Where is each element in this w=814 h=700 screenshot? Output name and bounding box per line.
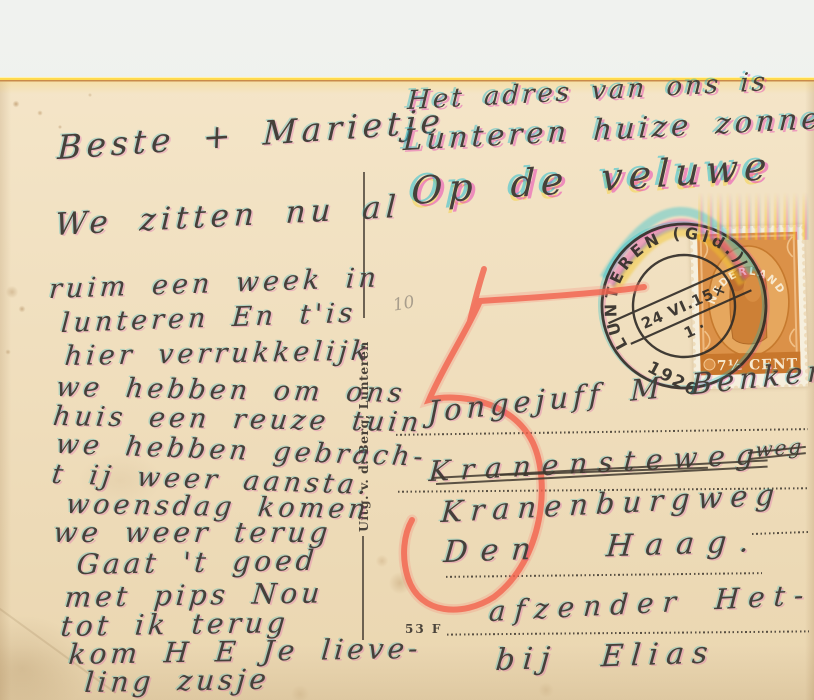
postcard-photo: Uitg. v. d. Berg, Lunteren Beste + Marie…	[0, 0, 814, 700]
pencil-note: 10	[391, 292, 416, 315]
printer-code: 53 F	[405, 622, 442, 636]
sender-name: bij Elias	[494, 638, 717, 676]
